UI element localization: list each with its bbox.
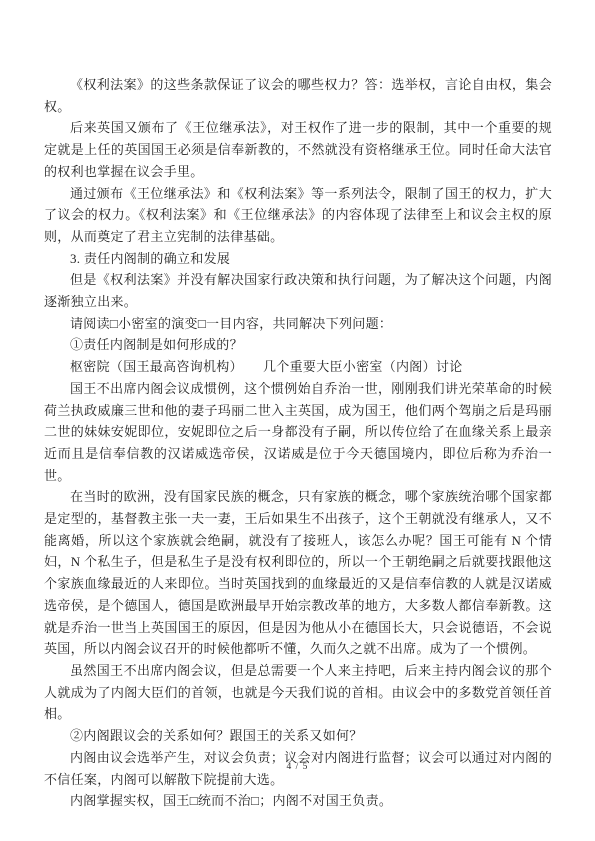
paragraph: ②内阁跟议会的关系如何？跟国王的关系又如何？	[44, 725, 552, 747]
paragraph: 枢密院（国王最高咨询机构） 几个重要大臣小密室（内阁）讨论	[44, 356, 552, 378]
paragraph: 请阅读□小密室的演变□一目内容，共同解决下列问题：	[44, 313, 552, 335]
paragraph: 内阁掌握实权，国王□统而不治□；内阁不对国王负责。	[44, 790, 552, 812]
page-number: 4 / 5	[0, 762, 595, 772]
document-body: 《权利法案》的这些条款保证了议会的哪些权力？答：选举权，言论自由权，集会权。后来…	[44, 74, 552, 812]
paragraph: ①责任内阁制是如何形成的？	[44, 334, 552, 356]
paragraph: 后来英国又颁布了《王位继承法》，对王权作了进一步的限制，其中一个重要的规定就是上…	[44, 117, 552, 182]
paragraph: 在当时的欧洲，没有国家民族的概念，只有家族的概念，哪个家族统治哪个国家都是定型的…	[44, 486, 552, 660]
document-page: 《权利法案》的这些条款保证了议会的哪些权力？答：选举权，言论自由权，集会权。后来…	[0, 0, 595, 841]
paragraph: 但是《权利法案》并没有解决国家行政决策和执行问题，为了解决这个问题，内阁逐渐独立…	[44, 269, 552, 312]
paragraph: 《权利法案》的这些条款保证了议会的哪些权力？答：选举权，言论自由权，集会权。	[44, 74, 552, 117]
paragraph: 虽然国王不出席内阁会议，但是总需要一个人来主持吧，后来主持内阁会议的那个人就成为…	[44, 660, 552, 725]
paragraph: 国王不出席内阁会议成惯例，这个惯例始自乔治一世，刚刚我们讲光荣革命的时候荷兰执政…	[44, 378, 552, 487]
paragraph: 通过颁布《王位继承法》和《权利法案》等一系列法令，限制了国王的权力，扩大了议会的…	[44, 183, 552, 248]
paragraph: 3. 责任内阁制的确立和发展	[44, 248, 552, 270]
